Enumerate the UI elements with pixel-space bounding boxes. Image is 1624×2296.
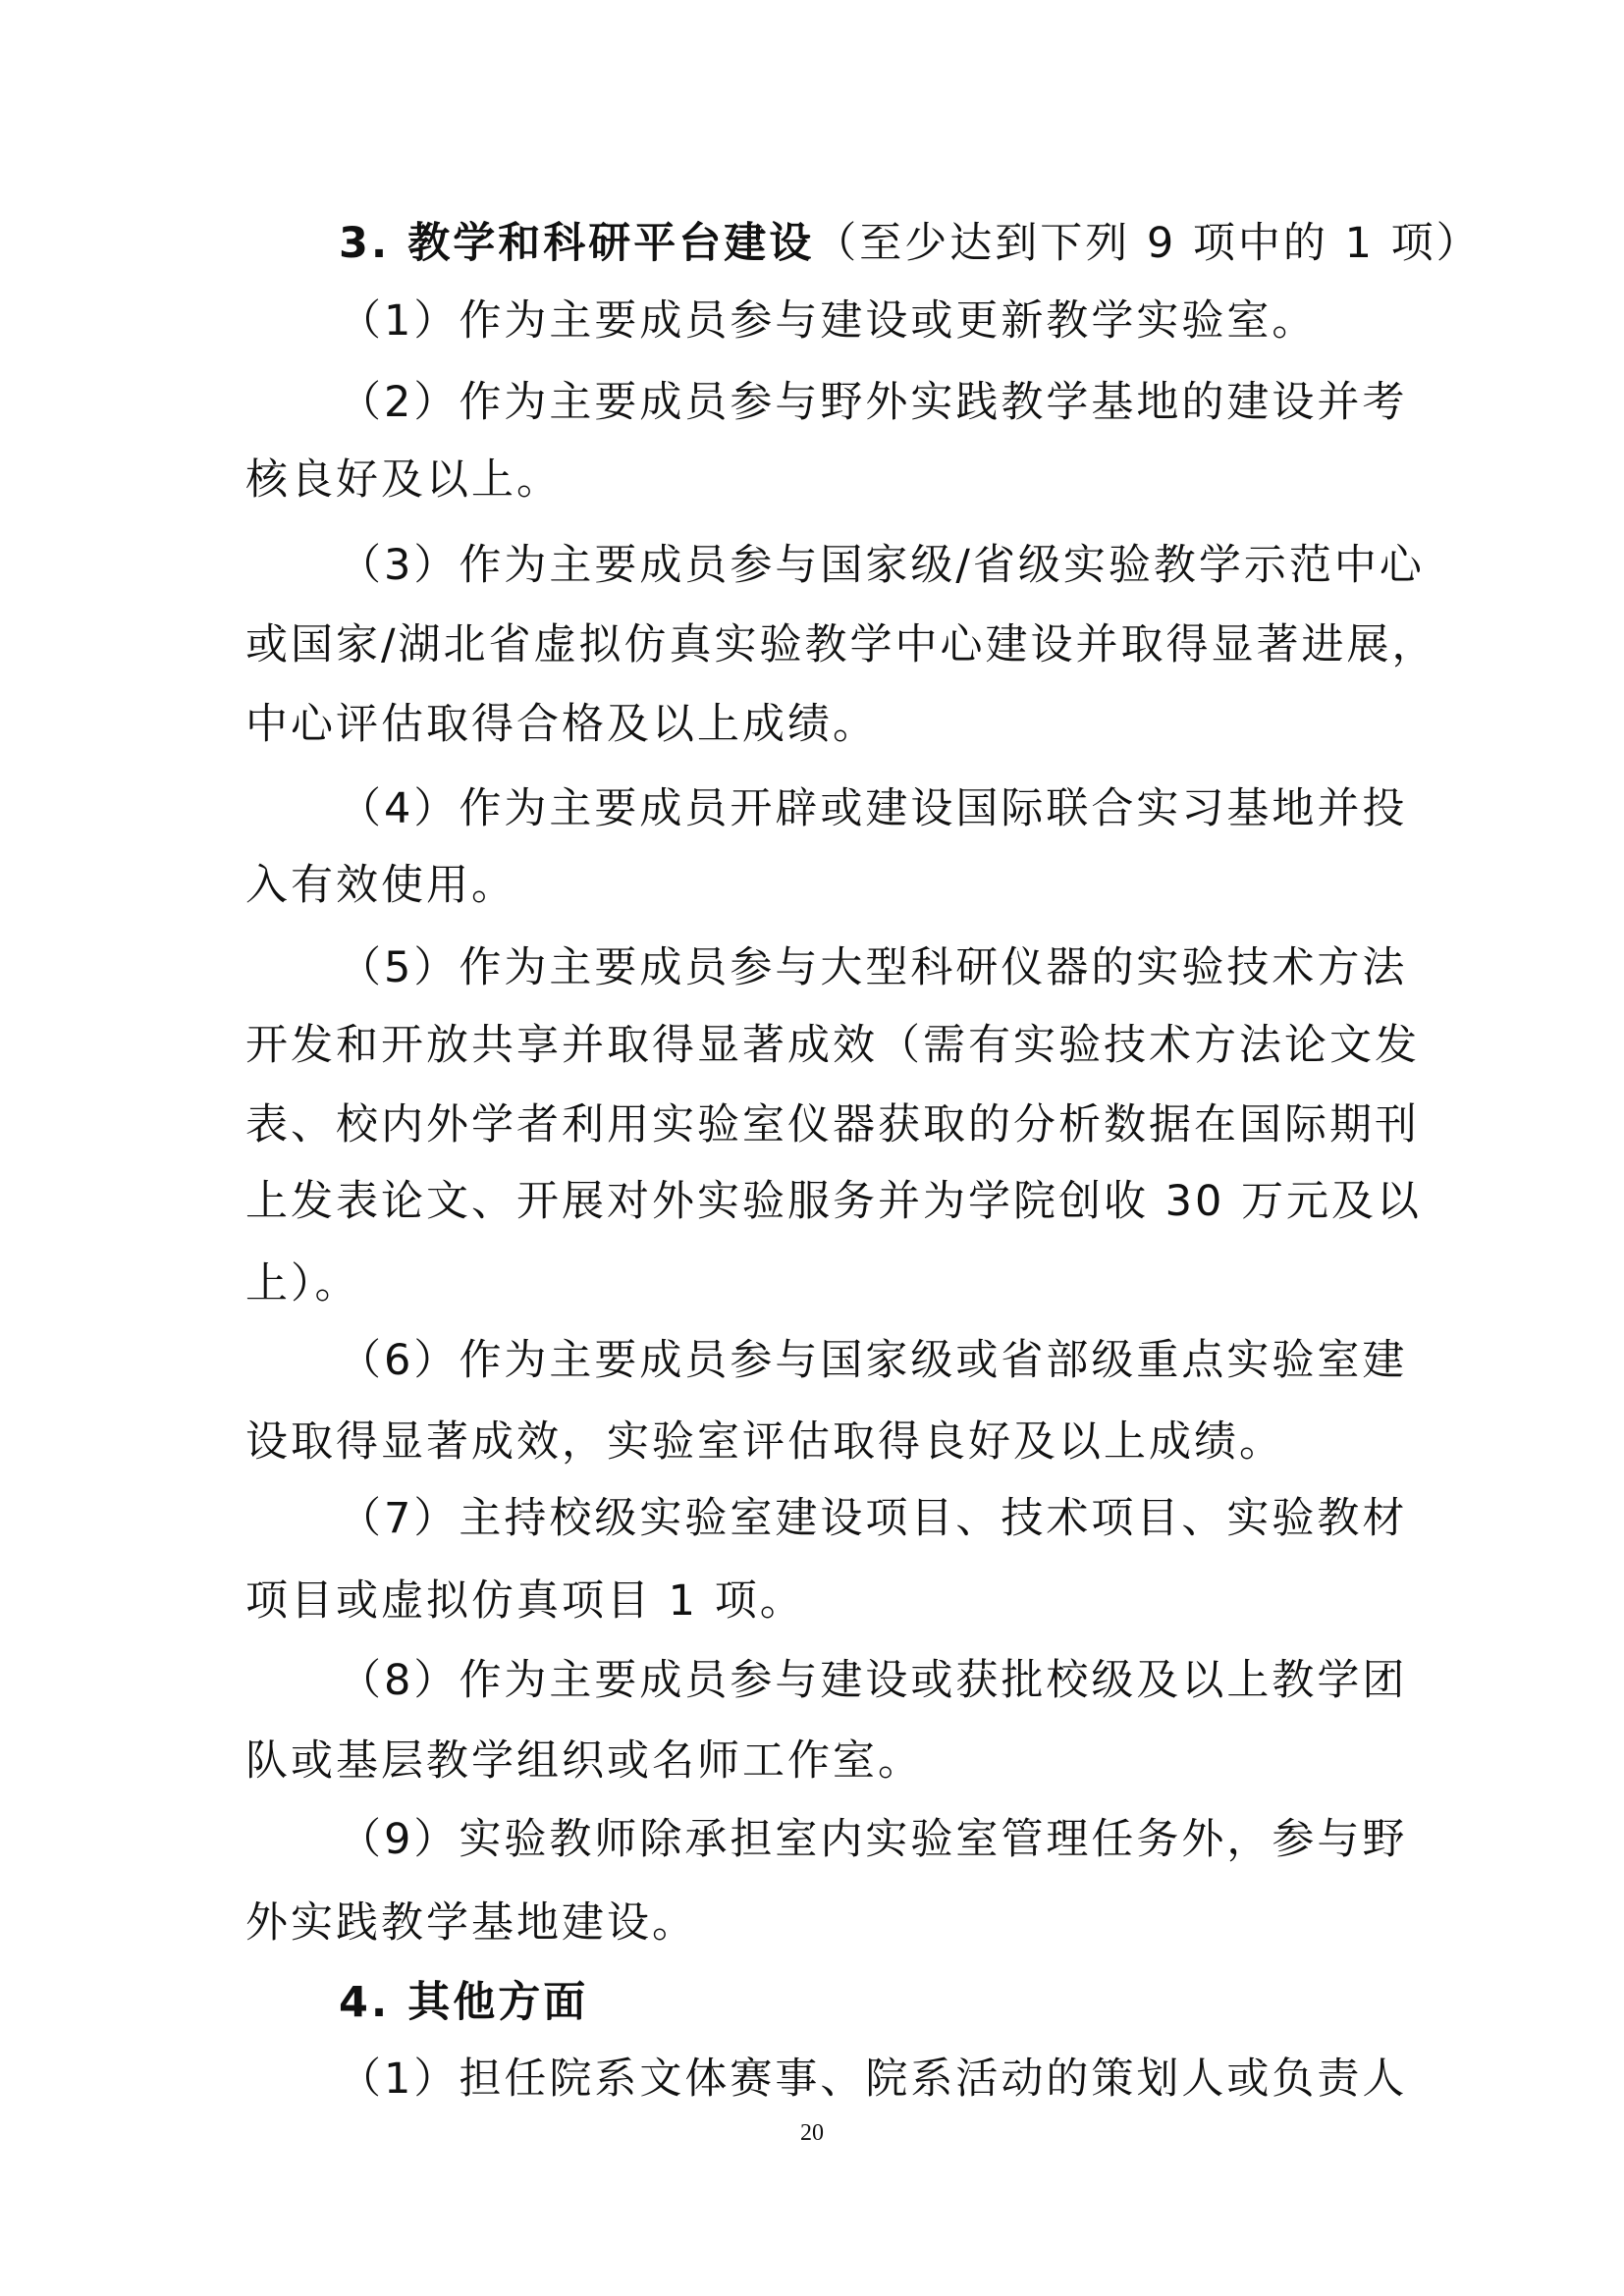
list-item-line: （4）作为主要成员开辟或建设国际联合实习基地并投 — [339, 779, 1384, 838]
section-heading: 4. 其他方面 — [339, 1973, 588, 2032]
list-item-line: （7）主持校级实验室建设项目、技术项目、实验教材 — [339, 1489, 1384, 1548]
list-item-line: （8）作为主要成员参与建设或获批校级及以上教学团 — [339, 1651, 1384, 1710]
page-number: 20 — [0, 2120, 1624, 2147]
list-item-line: 或国家/湖北省虚拟仿真实验教学中心建设并取得显著进展， — [245, 615, 1384, 674]
document-page: 3. 教学和科研平台建设（至少达到下列 9 项中的 1 项） （1）作为主要成员… — [0, 0, 1624, 2296]
list-item-line: 上）。 — [245, 1255, 360, 1313]
list-item-line: 队或基层教学组织或名师工作室。 — [245, 1732, 923, 1790]
list-item-line: 开发和开放共享并取得显著成效（需有实验技术方法论文发 — [245, 1016, 1384, 1075]
section-heading: 3. 教学和科研平台建设（至少达到下列 9 项中的 1 项） — [339, 214, 1482, 273]
list-item-line: 上发表论文、开展对外实验服务并为学院创收 30 万元及以 — [245, 1172, 1384, 1231]
list-item-line: 设取得显著成效，实验室评估取得良好及以上成绩。 — [245, 1413, 1284, 1471]
list-item-line: （5）作为主要成员参与大型科研仪器的实验技术方法 — [339, 938, 1384, 997]
list-item-line: 核良好及以上。 — [245, 451, 562, 509]
list-item-line: （3）作为主要成员参与国家级/省级实验教学示范中心 — [339, 536, 1384, 595]
list-item-line: （1）作为主要成员参与建设或更新教学实验室。 — [339, 292, 1317, 350]
list-item-line: （1）担任院系文体赛事、院系活动的策划人或负责人 — [339, 2050, 1384, 2109]
list-item-line: 中心评估取得合格及以上成绩。 — [245, 695, 878, 754]
list-item-line: （2）作为主要成员参与野外实践教学基地的建设并考 — [339, 373, 1384, 432]
list-item-line: 外实践教学基地建设。 — [245, 1894, 697, 1952]
list-item-line: 表、校内外学者利用实验室仪器获取的分析数据在国际期刊 — [245, 1095, 1384, 1154]
list-item-line: 项目或虚拟仿真项目 1 项。 — [245, 1572, 805, 1630]
list-item-line: （9）实验教师除承担室内实验室管理任务外，参与野 — [339, 1810, 1384, 1869]
list-item-line: 入有效使用。 — [245, 856, 516, 915]
section-heading-title: 3. 教学和科研平台建设 — [339, 219, 814, 268]
section-heading-title: 4. 其他方面 — [339, 1978, 588, 2027]
list-item-line: （6）作为主要成员参与国家级或省部级重点实验室建 — [339, 1331, 1384, 1390]
section-heading-note: （至少达到下列 9 项中的 1 项） — [814, 219, 1481, 268]
